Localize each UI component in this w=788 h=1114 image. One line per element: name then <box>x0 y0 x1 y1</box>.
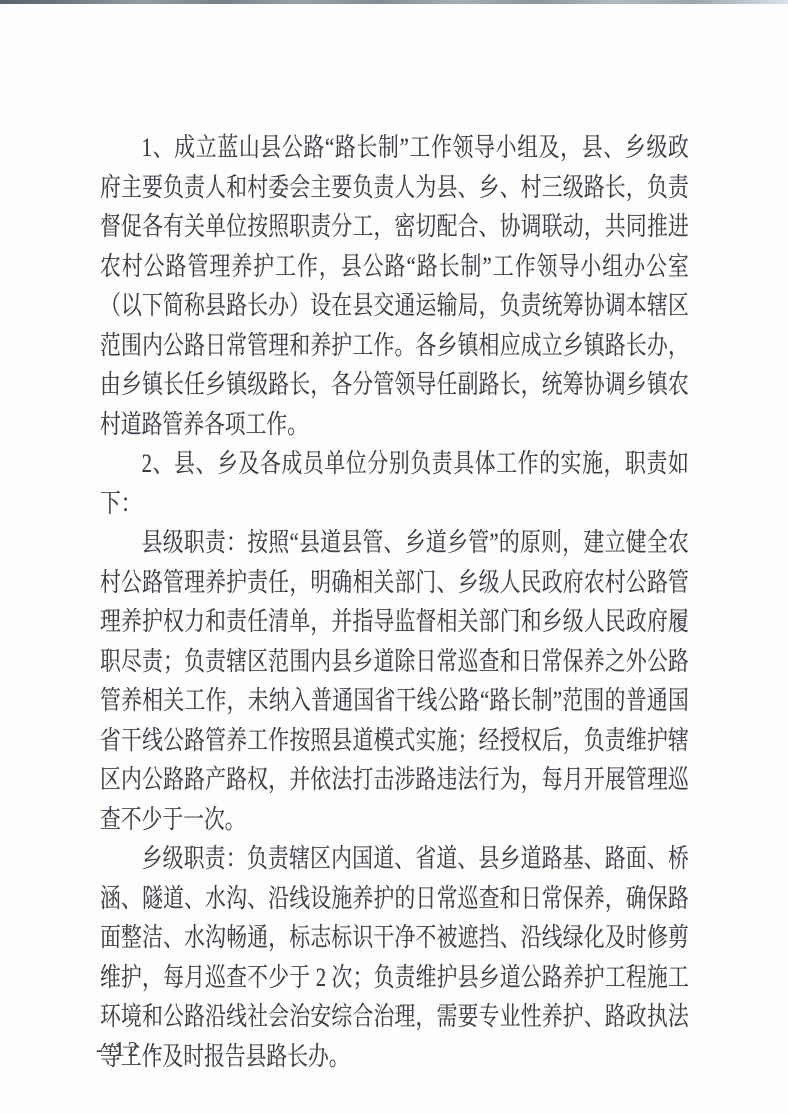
scanner-edge-artifact <box>0 0 788 4</box>
page-number: - 12 - <box>96 1036 160 1062</box>
paragraph-4-township-level-duties: 乡级职责：负责辖区内国道、省道、县乡道路基、路面、桥涵、隧道、水沟、沿线设施养护… <box>100 839 689 1076</box>
paragraph-1-leading-group-setup: 1、成立蓝山县公路“路长制”工作领导小组及，县、乡级政府主要负责人和村委会主要负… <box>100 128 689 444</box>
paragraph-2-duties-intro: 2、县、乡及各成员单位分别负责具体工作的实施，职责如下： <box>100 444 689 523</box>
scanned-document-page: { "page": { "kind": "scanned government … <box>0 0 788 1114</box>
document-text-block: 1、成立蓝山县公路“路长制”工作领导小组及，县、乡级政府主要负责人和村委会主要负… <box>100 128 689 1076</box>
paragraph-3-county-level-duties: 县级职责：按照“县道县管、乡道乡管”的原则，建立健全农村公路管理养护责任，明确相… <box>100 523 689 839</box>
